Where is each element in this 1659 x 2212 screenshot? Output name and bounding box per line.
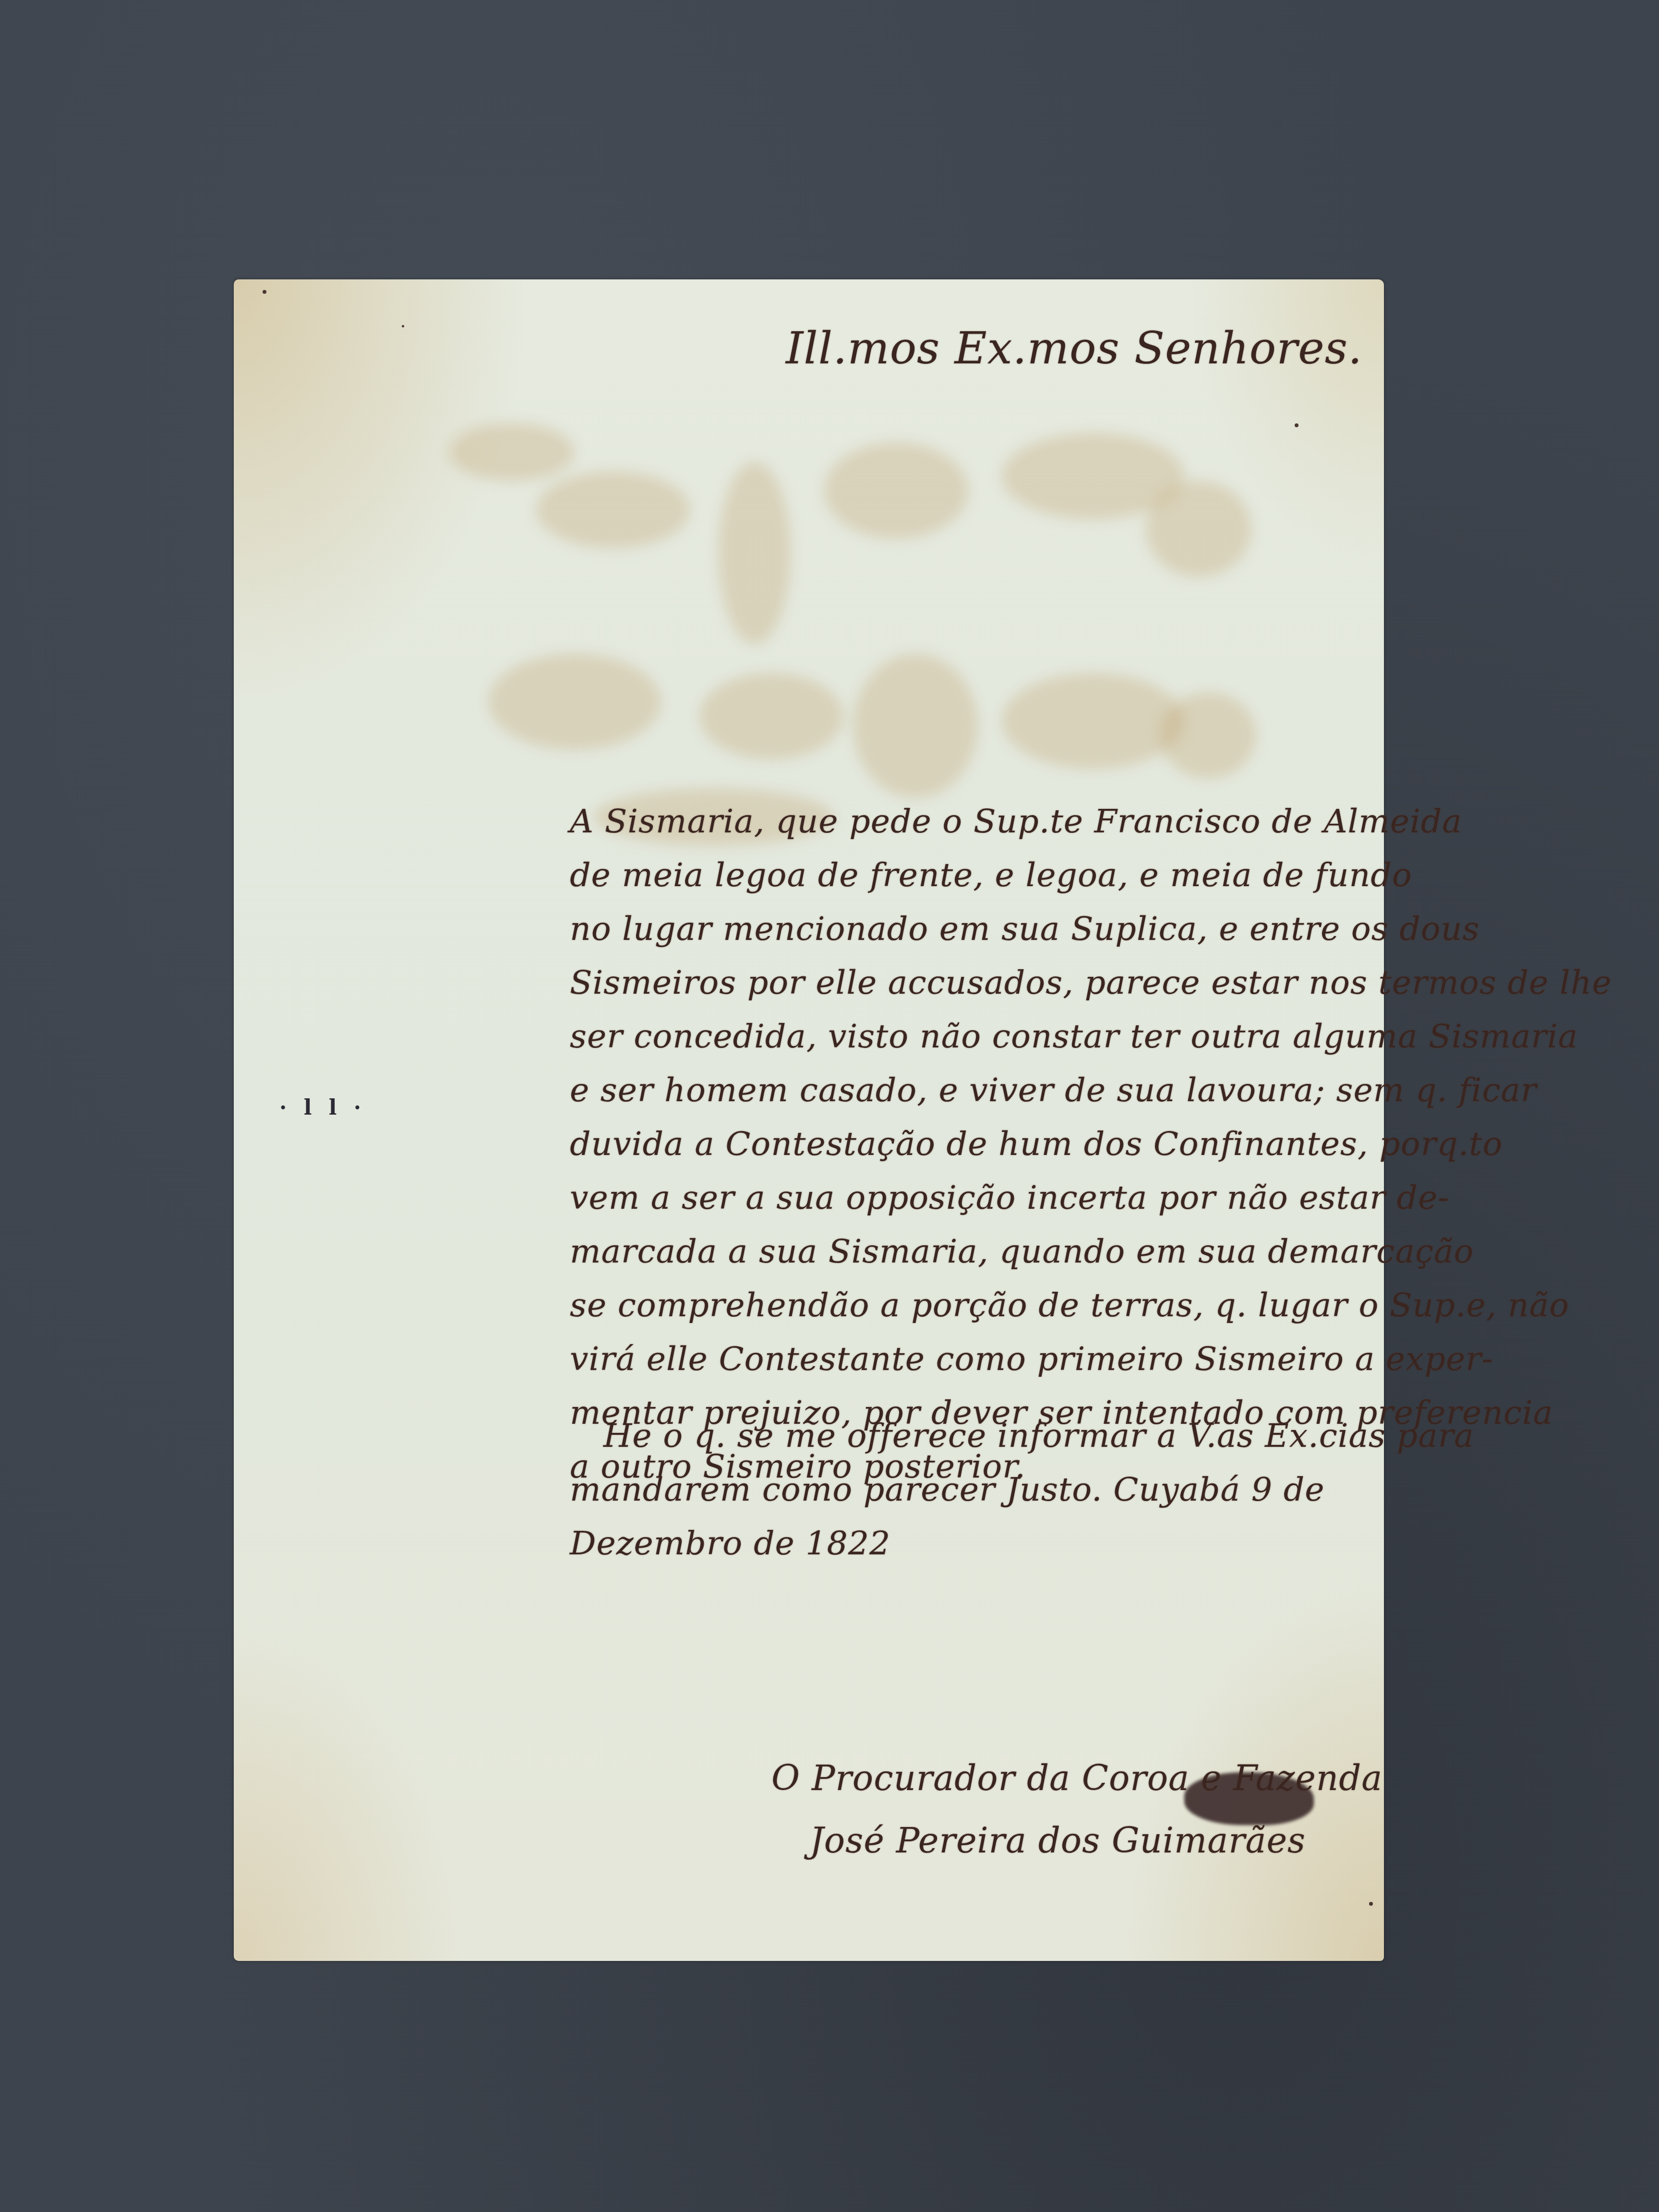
manuscript-page: Ill.mos Ex.mos Senhores. · l l · A Sisma… — [234, 279, 1384, 1961]
speck — [1295, 423, 1298, 427]
ink-bleed-through — [450, 404, 1266, 860]
body-text: A Sismaria, que pede o Sup.te Francisco … — [570, 803, 1357, 1502]
signature-title: O Procurador da Coroa e Fazenda — [771, 1758, 1371, 1820]
body-line: e ser homem casado, e viver de sua lavou… — [570, 1071, 1357, 1125]
closing-text: He o q. se me offerece informar a V.as E… — [570, 1417, 1357, 1578]
body-line: de meia legoa de frente, e legoa, e meia… — [570, 856, 1357, 910]
body-line: no lugar mencionado em sua Suplica, e en… — [570, 910, 1357, 964]
body-line: A Sismaria, que pede o Sup.te Francisco … — [570, 803, 1357, 856]
speck — [402, 325, 404, 327]
salutation: Ill.mos Ex.mos Senhores. — [786, 323, 1362, 374]
body-line: virá elle Contestante como primeiro Sism… — [570, 1340, 1357, 1394]
date-line: Dezembro de 1822 — [570, 1525, 1357, 1578]
margin-note: · l l · — [279, 1095, 366, 1120]
speck — [263, 290, 266, 294]
body-line: se comprehendão a porção de terras, q. l… — [570, 1286, 1357, 1340]
signature: O Procurador da Coroa e Fazenda José Per… — [771, 1758, 1371, 1883]
closing-line: mandarem como parecer Justo. Cuyabá 9 de — [570, 1471, 1357, 1525]
body-line: ser concedida, visto não constar ter out… — [570, 1018, 1357, 1071]
body-line: marcada a sua Sismaria, quando em sua de… — [570, 1233, 1357, 1286]
signature-name: José Pereira dos Guimarães — [771, 1820, 1371, 1883]
speck — [1369, 1902, 1373, 1906]
body-line: Sismeiros por elle accusados, parece est… — [570, 964, 1357, 1018]
body-line: vem a ser a sua opposição incerta por nã… — [570, 1179, 1357, 1233]
closing-line: He o q. se me offerece informar a V.as E… — [570, 1417, 1357, 1471]
body-line: duvida a Contestação de hum dos Confinan… — [570, 1125, 1357, 1179]
